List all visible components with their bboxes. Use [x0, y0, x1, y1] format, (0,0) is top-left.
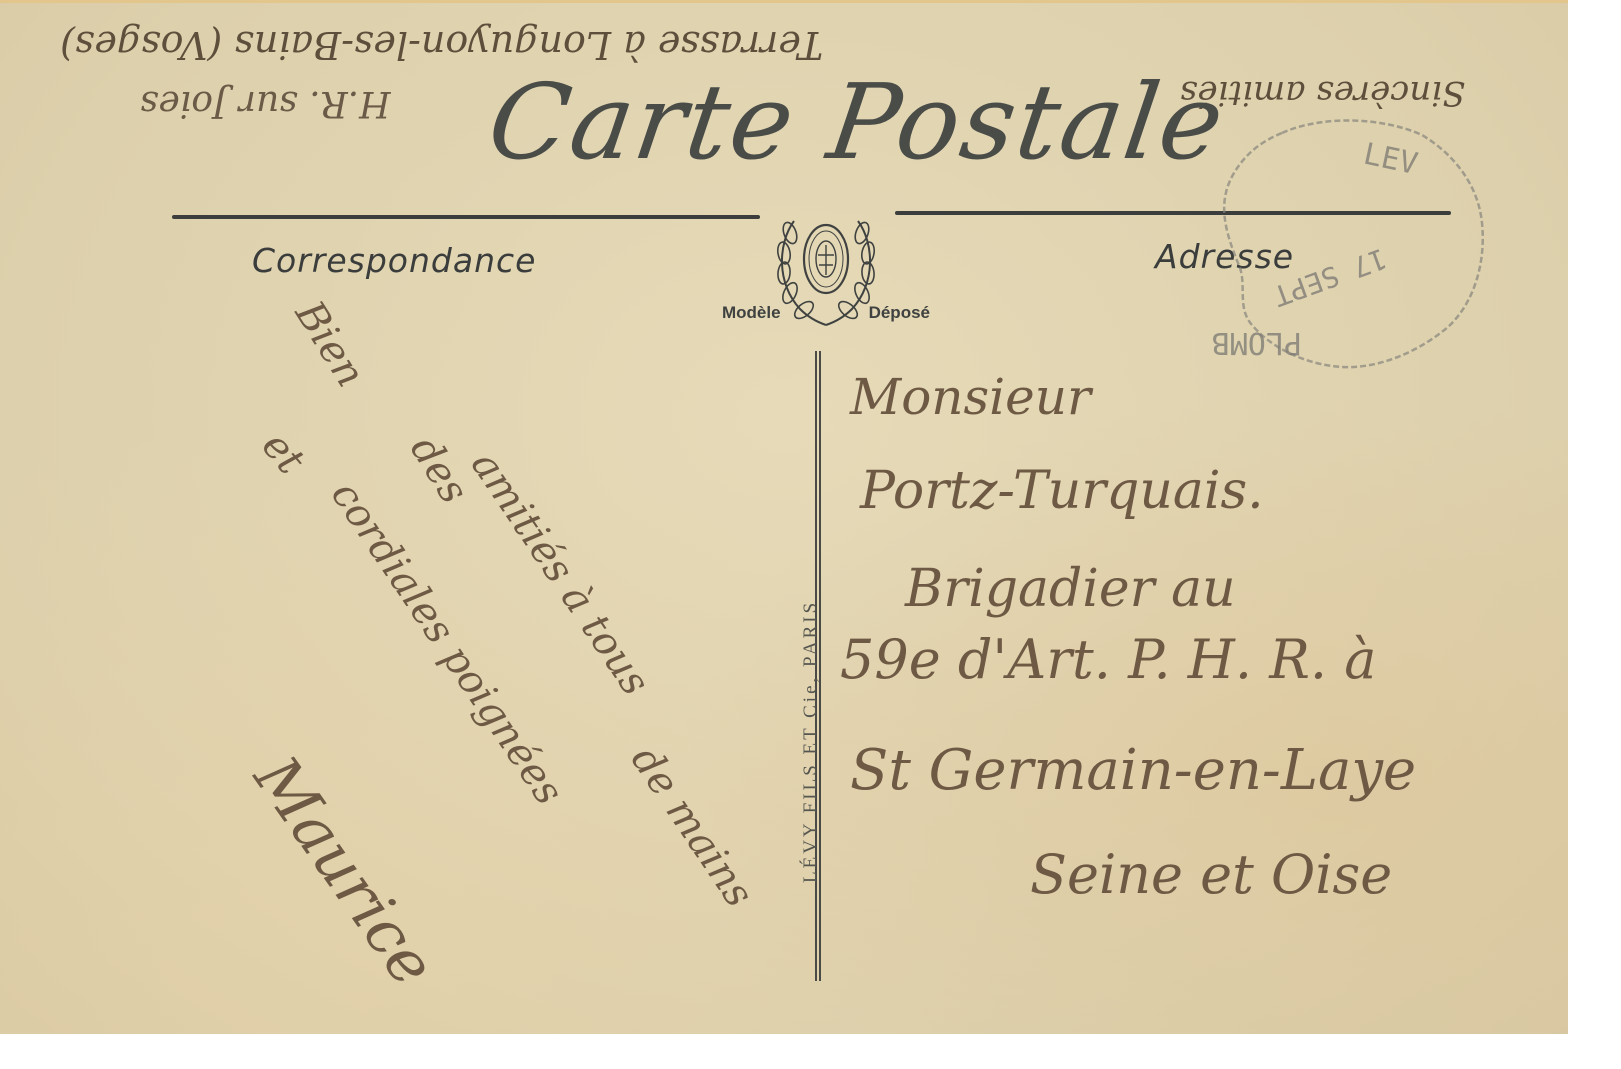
publisher-imprint: LÉVY FILS ET Cie, PARIS: [800, 600, 822, 883]
message-line: de mains: [622, 738, 762, 915]
postmark-stamp-icon: LEV 17 SEPT PLOMBIÈRES: [1212, 113, 1488, 375]
emblem-caption-left: Modèle: [722, 303, 781, 323]
postmark-date: 17 SEPT: [1269, 241, 1391, 312]
postmark-arc-top: LEV: [1360, 137, 1420, 183]
address-line: Brigadier au: [905, 559, 1236, 619]
correspondence-label: Correspondance: [252, 241, 536, 280]
signature: Maurice: [240, 743, 450, 999]
emblem-caption: Modèle Déposé: [722, 303, 930, 323]
address-line: Portz-Turquais.: [860, 461, 1264, 521]
emblem-caption-right: Déposé: [869, 303, 930, 323]
header-rule-left: [172, 215, 760, 219]
message-line: amitiés à tous: [462, 443, 659, 704]
card-title: Carte Postale: [481, 61, 1232, 183]
message-line: Bien: [286, 293, 374, 395]
message-line: et: [253, 423, 314, 483]
address-line: Seine et Oise: [1030, 843, 1392, 906]
postcard-back: Terrasse à Longuyon-les-Bains (Vosges) H…: [0, 0, 1568, 1034]
address-line: Monsieur: [850, 368, 1091, 426]
address-line: St Germain-en-Laye: [850, 738, 1416, 803]
postmark-arc-bottom: PLOMBIÈRES: [1212, 325, 1302, 361]
upside-down-handwriting: H.R. sur Joies: [140, 83, 391, 124]
address-line: 59e d'Art. P. H. R. à: [840, 628, 1376, 691]
